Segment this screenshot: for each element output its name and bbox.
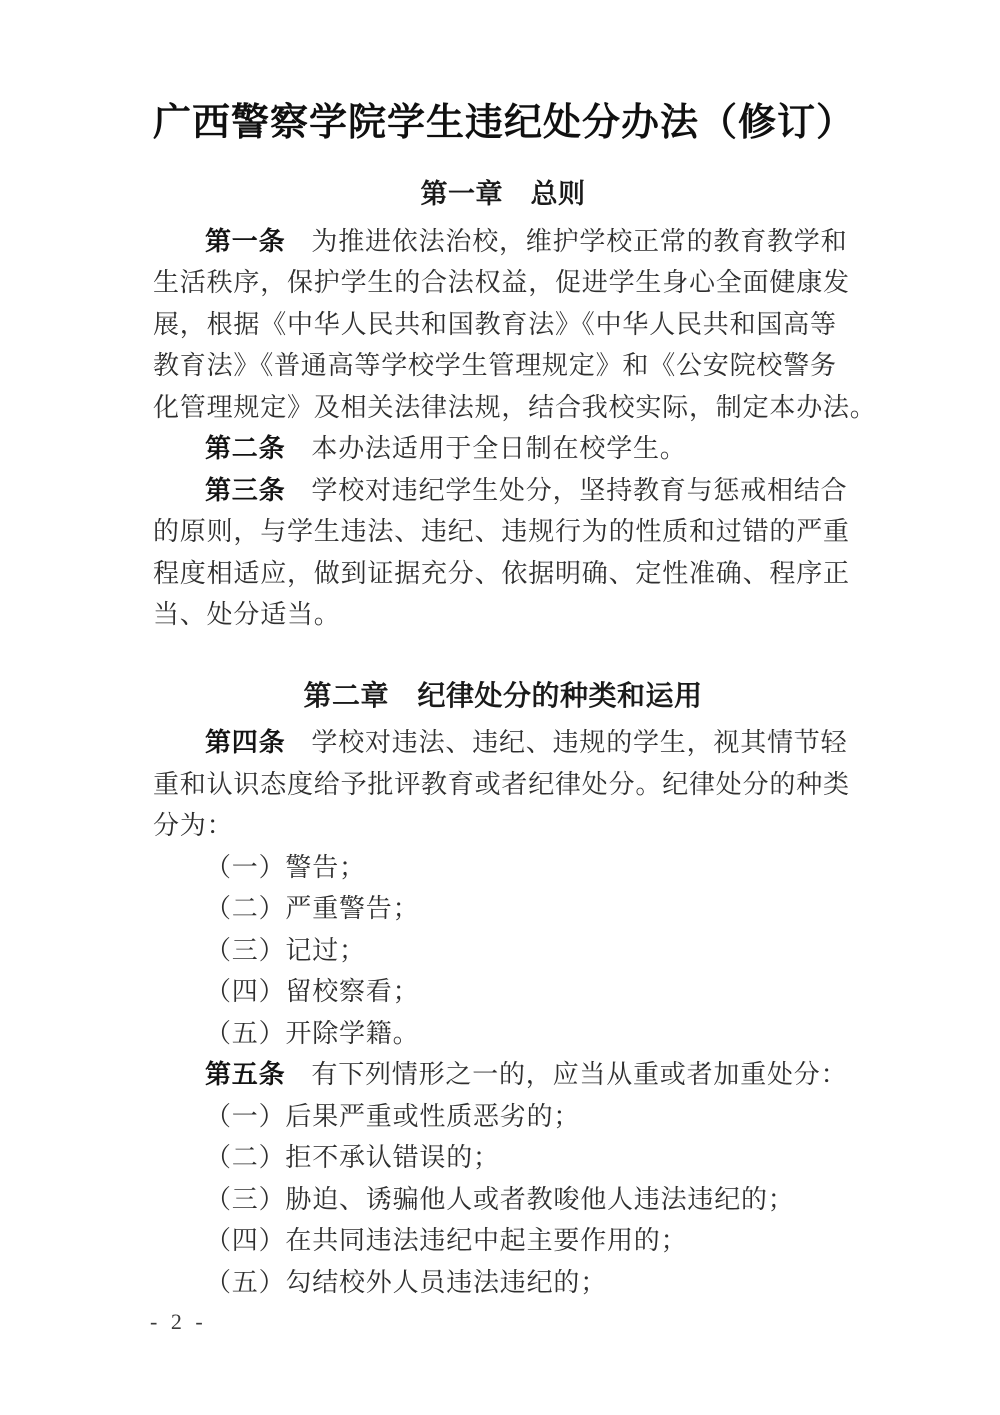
document-body: 第一章 总则第一条为推进依法治校，维护学校正常的教育教学和生活秩序，保护学生的合… (153, 174, 853, 1303)
line-text: 教育法》《普通高等学校学生管理规定》和《公安院校警务 (153, 351, 837, 380)
article-number-lead: 第一条 (205, 226, 285, 256)
document-line: （四）在共同违法违纪中起主要作用的； (153, 1220, 853, 1262)
document-line: （四）留校察看； (153, 971, 853, 1013)
chapter-heading: 第二章 纪律处分的种类和运用 (153, 675, 853, 717)
line-text: （四）在共同违法违纪中起主要作用的； (205, 1226, 687, 1255)
line-text: （五）开除学籍。 (205, 1019, 419, 1048)
document-title: 广西警察学院学生违纪处分办法（修订） (153, 97, 853, 150)
chapter-heading: 第一章 总则 (153, 174, 853, 216)
line-text: （三）记过； (205, 936, 366, 965)
article-number-lead: 第三条 (205, 475, 285, 505)
document-line: 的原则，与学生违法、违纪、违规行为的性质和过错的严重 (153, 511, 853, 553)
line-text: 当、处分适当。 (153, 600, 341, 629)
article-number-lead: 第五条 (205, 1059, 285, 1089)
line-text: 展，根据《中华人民共和国教育法》《中华人民共和国高等 (153, 310, 837, 339)
line-text: 为推进依法治校，维护学校正常的教育教学和 (311, 227, 847, 256)
line-text: 化管理规定》及相关法律法规，结合我校实际，制定本办法。 (153, 393, 877, 422)
document-line: （三）胁迫、诱骗他人或者教唆他人违法违纪的； (153, 1179, 853, 1221)
document-page: 广西警察学院学生违纪处分办法（修订） 第一章 总则第一条为推进依法治校，维护学校… (0, 0, 1000, 1415)
article-number-lead: 第二条 (205, 433, 285, 463)
document-line: （五）开除学籍。 (153, 1013, 853, 1055)
line-text: （二）拒不承认错误的； (205, 1143, 500, 1172)
line-text: 重和认识态度给予批评教育或者纪律处分。纪律处分的种类 (153, 770, 850, 799)
document-content: 广西警察学院学生违纪处分办法（修订） 第一章 总则第一条为推进依法治校，维护学校… (0, 97, 1000, 1303)
document-line: 分为： (153, 805, 853, 847)
document-line: 当、处分适当。 (153, 594, 853, 636)
page-number: - 2 - (150, 1308, 207, 1336)
document-line: （二）拒不承认错误的； (153, 1137, 853, 1179)
document-line: 重和认识态度给予批评教育或者纪律处分。纪律处分的种类 (153, 764, 853, 806)
document-line: （五）勾结校外人员违法违纪的； (153, 1262, 853, 1304)
document-line: （一）警告； (153, 847, 853, 889)
line-text: （五）勾结校外人员违法违纪的； (205, 1268, 607, 1297)
document-line: 第四条学校对违法、违纪、违规的学生，视其情节轻 (153, 722, 853, 764)
line-text: （四）留校察看； (205, 977, 419, 1006)
line-text: 分为： (153, 811, 233, 840)
document-line: （三）记过； (153, 930, 853, 972)
document-line: 第一条为推进依法治校，维护学校正常的教育教学和 (153, 221, 853, 263)
line-text: （一）后果严重或性质恶劣的； (205, 1102, 580, 1131)
document-line: 化管理规定》及相关法律法规，结合我校实际，制定本办法。 (153, 387, 853, 429)
document-line: 第二条本办法适用于全日制在校学生。 (153, 428, 853, 470)
document-line: （一）后果严重或性质恶劣的； (153, 1096, 853, 1138)
line-text: 学校对违纪学生处分，坚持教育与惩戒相结合 (311, 476, 847, 505)
article-number-lead: 第四条 (205, 727, 285, 757)
document-line: （二）严重警告； (153, 888, 853, 930)
document-line: 第三条学校对违纪学生处分，坚持教育与惩戒相结合 (153, 470, 853, 512)
line-text: 程度相适应，做到证据充分、依据明确、定性准确、程序正 (153, 559, 850, 588)
line-text: 本办法适用于全日制在校学生。 (311, 434, 686, 463)
document-line: 第五条有下列情形之一的，应当从重或者加重处分： (153, 1054, 853, 1096)
document-line: 教育法》《普通高等学校学生管理规定》和《公安院校警务 (153, 345, 853, 387)
line-text: 的原则，与学生违法、违纪、违规行为的性质和过错的严重 (153, 517, 850, 546)
line-text: （一）警告； (205, 853, 366, 882)
line-text: 生活秩序，保护学生的合法权益，促进学生身心全面健康发 (153, 268, 850, 297)
line-text: （二）严重警告； (205, 894, 419, 923)
line-text: 有下列情形之一的，应当从重或者加重处分： (311, 1060, 847, 1089)
document-line: 程度相适应，做到证据充分、依据明确、定性准确、程序正 (153, 553, 853, 595)
line-text: （三）胁迫、诱骗他人或者教唆他人违法违纪的； (205, 1185, 795, 1214)
line-text: 学校对违法、违纪、违规的学生，视其情节轻 (311, 728, 847, 757)
document-line: 生活秩序，保护学生的合法权益，促进学生身心全面健康发 (153, 262, 853, 304)
document-line: 展，根据《中华人民共和国教育法》《中华人民共和国高等 (153, 304, 853, 346)
